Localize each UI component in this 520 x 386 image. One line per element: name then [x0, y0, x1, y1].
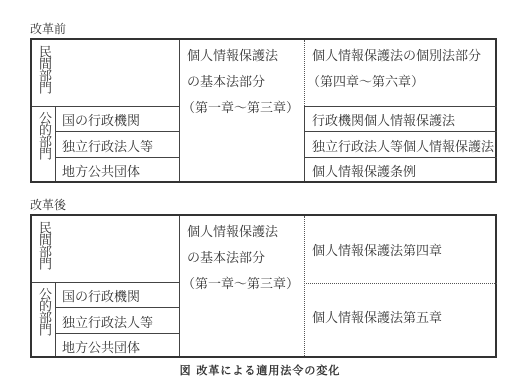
applied-law-independent: 独立行政法人等個人情報保護法 — [312, 136, 494, 155]
private-sector-label: 民間部門 — [36, 45, 50, 93]
divider — [55, 333, 179, 334]
divider — [55, 131, 179, 132]
public-row-independent: 独立行政法人等 — [62, 136, 153, 155]
divider — [304, 106, 305, 181]
figure-caption: 図 改革による適用法令の変化 — [0, 362, 520, 378]
divider — [55, 282, 56, 356]
public-sector-label: 公的部門 — [36, 287, 50, 335]
basic-law-line: 個人情報保護法 — [187, 44, 299, 70]
public-sector-label: 公的部門 — [36, 111, 50, 159]
divider — [304, 131, 497, 132]
applied-law-national: 行政機関個人情報保護法 — [312, 110, 455, 129]
public-row-national: 国の行政機関 — [62, 286, 140, 305]
basic-law-text: 個人情報保護法 の基本法部分 （第一章～第三章） — [187, 220, 299, 298]
dotted-divider — [304, 283, 497, 284]
basic-law-line: （第一章～第三章） — [182, 272, 299, 298]
after-title: 改革後 — [30, 196, 66, 213]
divider — [179, 40, 180, 181]
divider — [179, 216, 180, 356]
individual-law-text: 個人情報保護法の個別法部分 （第四章～第六章） — [312, 44, 481, 96]
basic-law-text: 個人情報保護法 の基本法部分 （第一章～第三章） — [187, 44, 299, 122]
divider — [55, 106, 56, 181]
dotted-divider — [304, 216, 305, 356]
chapter4-text: 個人情報保護法第四章 — [312, 240, 442, 259]
divider — [55, 157, 179, 158]
basic-law-line: の基本法部分 — [187, 246, 299, 272]
before-title: 改革前 — [30, 20, 66, 37]
before-table: 民間部門 公的部門 国の行政機関 独立行政法人等 地方公共団体 個人情報保護法 … — [30, 38, 497, 183]
after-table: 民間部門 公的部門 国の行政機関 独立行政法人等 地方公共団体 個人情報保護法 … — [30, 214, 497, 358]
private-sector-label: 民間部門 — [36, 221, 50, 269]
public-row-local: 地方公共団体 — [62, 337, 140, 356]
basic-law-line: （第一章～第三章） — [182, 96, 299, 122]
chapter5-text: 個人情報保護法第五章 — [312, 307, 442, 326]
individual-law-line: （第四章～第六章） — [307, 70, 481, 96]
individual-law-line: 個人情報保護法の個別法部分 — [312, 44, 481, 70]
divider — [304, 157, 497, 158]
divider — [55, 307, 179, 308]
basic-law-line: の基本法部分 — [187, 70, 299, 96]
public-row-local: 地方公共団体 — [62, 161, 140, 180]
public-row-national: 国の行政機関 — [62, 110, 140, 129]
applied-law-local: 個人情報保護条例 — [312, 161, 416, 180]
basic-law-line: 個人情報保護法 — [187, 220, 299, 246]
public-row-independent: 独立行政法人等 — [62, 312, 153, 331]
divider — [304, 106, 497, 107]
dotted-divider — [304, 40, 305, 106]
